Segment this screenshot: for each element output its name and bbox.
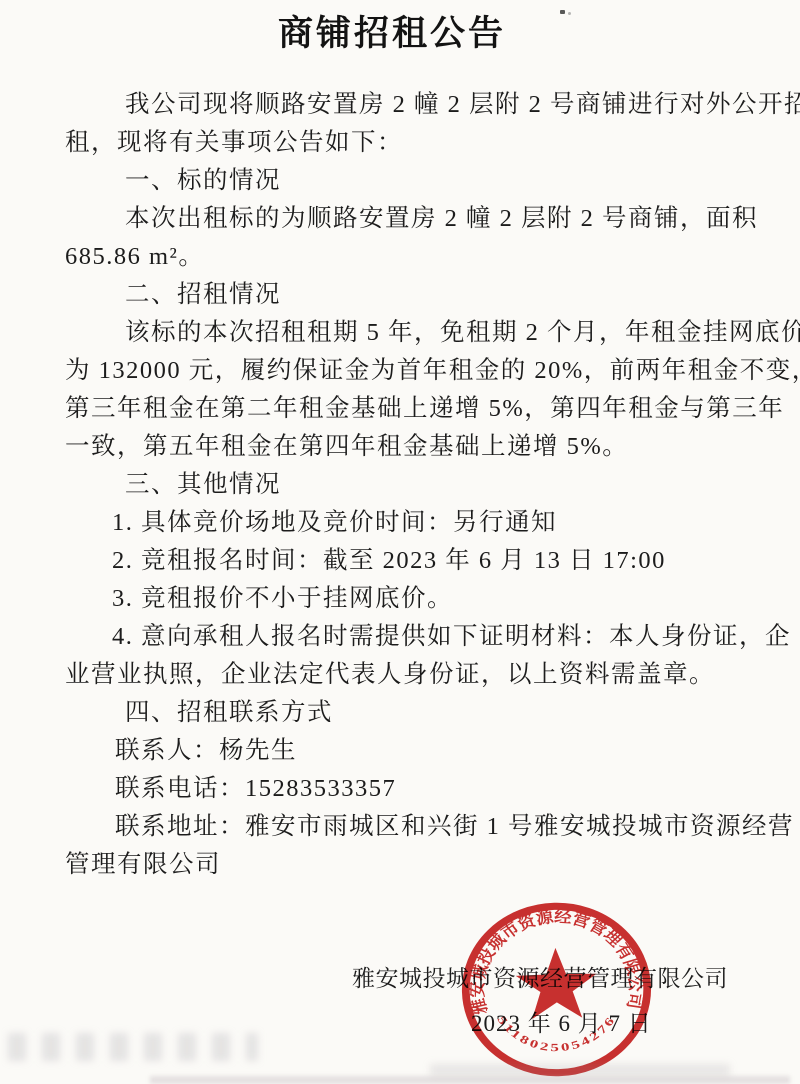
company-seal: 雅安城投城市资源经营管理有限公司 5118025054276 bbox=[458, 899, 656, 1081]
scan-smudge bbox=[430, 1064, 730, 1076]
scan-speck bbox=[568, 12, 571, 15]
document-line: 管理有限公司 bbox=[0, 846, 800, 884]
document-line: 本次出租标的为顺路安置房 2 幢 2 层附 2 号商铺，面积 bbox=[0, 200, 800, 238]
document-line: 三、其他情况 bbox=[0, 466, 800, 504]
scan-speck bbox=[560, 10, 565, 14]
page-title: 商铺招租公告 bbox=[0, 12, 792, 56]
scan-smudge bbox=[150, 1076, 790, 1084]
document-body: 我公司现将顺路安置房 2 幢 2 层附 2 号商铺进行对外公开招租，现将有关事项… bbox=[0, 86, 800, 884]
document-line: 为 132000 元，履约保证金为首年租金的 20%，前两年租金不变， bbox=[0, 352, 800, 390]
document-line: 我公司现将顺路安置房 2 幢 2 层附 2 号商铺进行对外公开招 bbox=[0, 86, 800, 124]
document-line: 业营业执照，企业法定代表人身份证，以上资料需盖章。 bbox=[0, 656, 800, 694]
scanned-announcement-page: 商铺招租公告 我公司现将顺路安置房 2 幢 2 层附 2 号商铺进行对外公开招租… bbox=[0, 0, 800, 1084]
document-line: 租，现将有关事项公告如下： bbox=[0, 124, 800, 162]
document-line: 四、招租联系方式 bbox=[0, 694, 800, 732]
document-line: 一致，第五年租金在第四年租金基础上递增 5%。 bbox=[0, 428, 800, 466]
document-line: 2. 竞租报名时间：截至 2023 年 6 月 13 日 17:00 bbox=[0, 542, 800, 580]
document-line: 联系人：杨先生 bbox=[0, 732, 800, 770]
document-line: 1. 具体竞价场地及竞价时间：另行通知 bbox=[0, 504, 800, 542]
document-line: 该标的本次招租租期 5 年，免租期 2 个月，年租金挂网底价 bbox=[0, 314, 800, 352]
seal-star-icon bbox=[515, 947, 597, 1020]
document-line: 第三年租金在第二年租金基础上递增 5%，第四年租金与第三年 bbox=[0, 390, 800, 428]
company-seal-graphic: 雅安城投城市资源经营管理有限公司 5118025054276 bbox=[458, 899, 656, 1081]
scan-smudge bbox=[8, 1033, 258, 1061]
document-line: 685.86 m²。 bbox=[0, 238, 800, 276]
document-line: 二、招租情况 bbox=[0, 276, 800, 314]
document-line: 联系电话：15283533357 bbox=[0, 770, 800, 808]
document-line: 3. 竞租报价不小于挂网底价。 bbox=[0, 580, 800, 618]
document-line: 一、标的情况 bbox=[0, 162, 800, 200]
document-line: 联系地址：雅安市雨城区和兴街 1 号雅安城投城市资源经营 bbox=[0, 808, 800, 846]
document-line: 4. 意向承租人报名时需提供如下证明材料：本人身份证，企 bbox=[0, 618, 800, 656]
seal-serial-number: 5118025054276 bbox=[494, 1011, 619, 1056]
